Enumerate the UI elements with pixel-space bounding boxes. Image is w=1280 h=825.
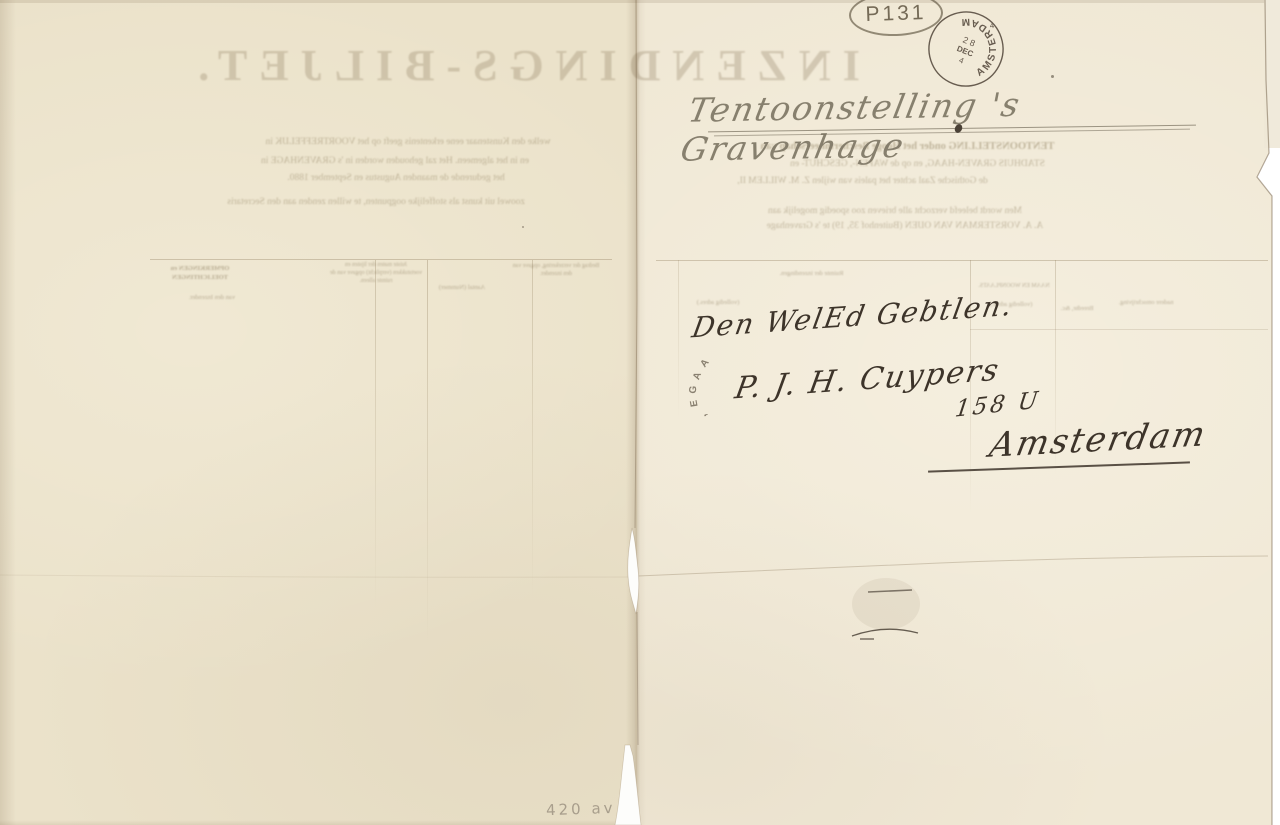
fold-tear-middle [628, 528, 639, 614]
crease-right [638, 556, 1268, 576]
fold-line [635, 0, 638, 745]
smudge-arc [852, 629, 918, 636]
scanned-document-page: { "page": { "stamps": { "file_number": "… [0, 0, 1280, 825]
paper-damage-overlay [0, 0, 1280, 825]
offset-smudge [852, 578, 920, 630]
crease-left [0, 575, 634, 577]
fold-tear-bottom [615, 745, 641, 825]
